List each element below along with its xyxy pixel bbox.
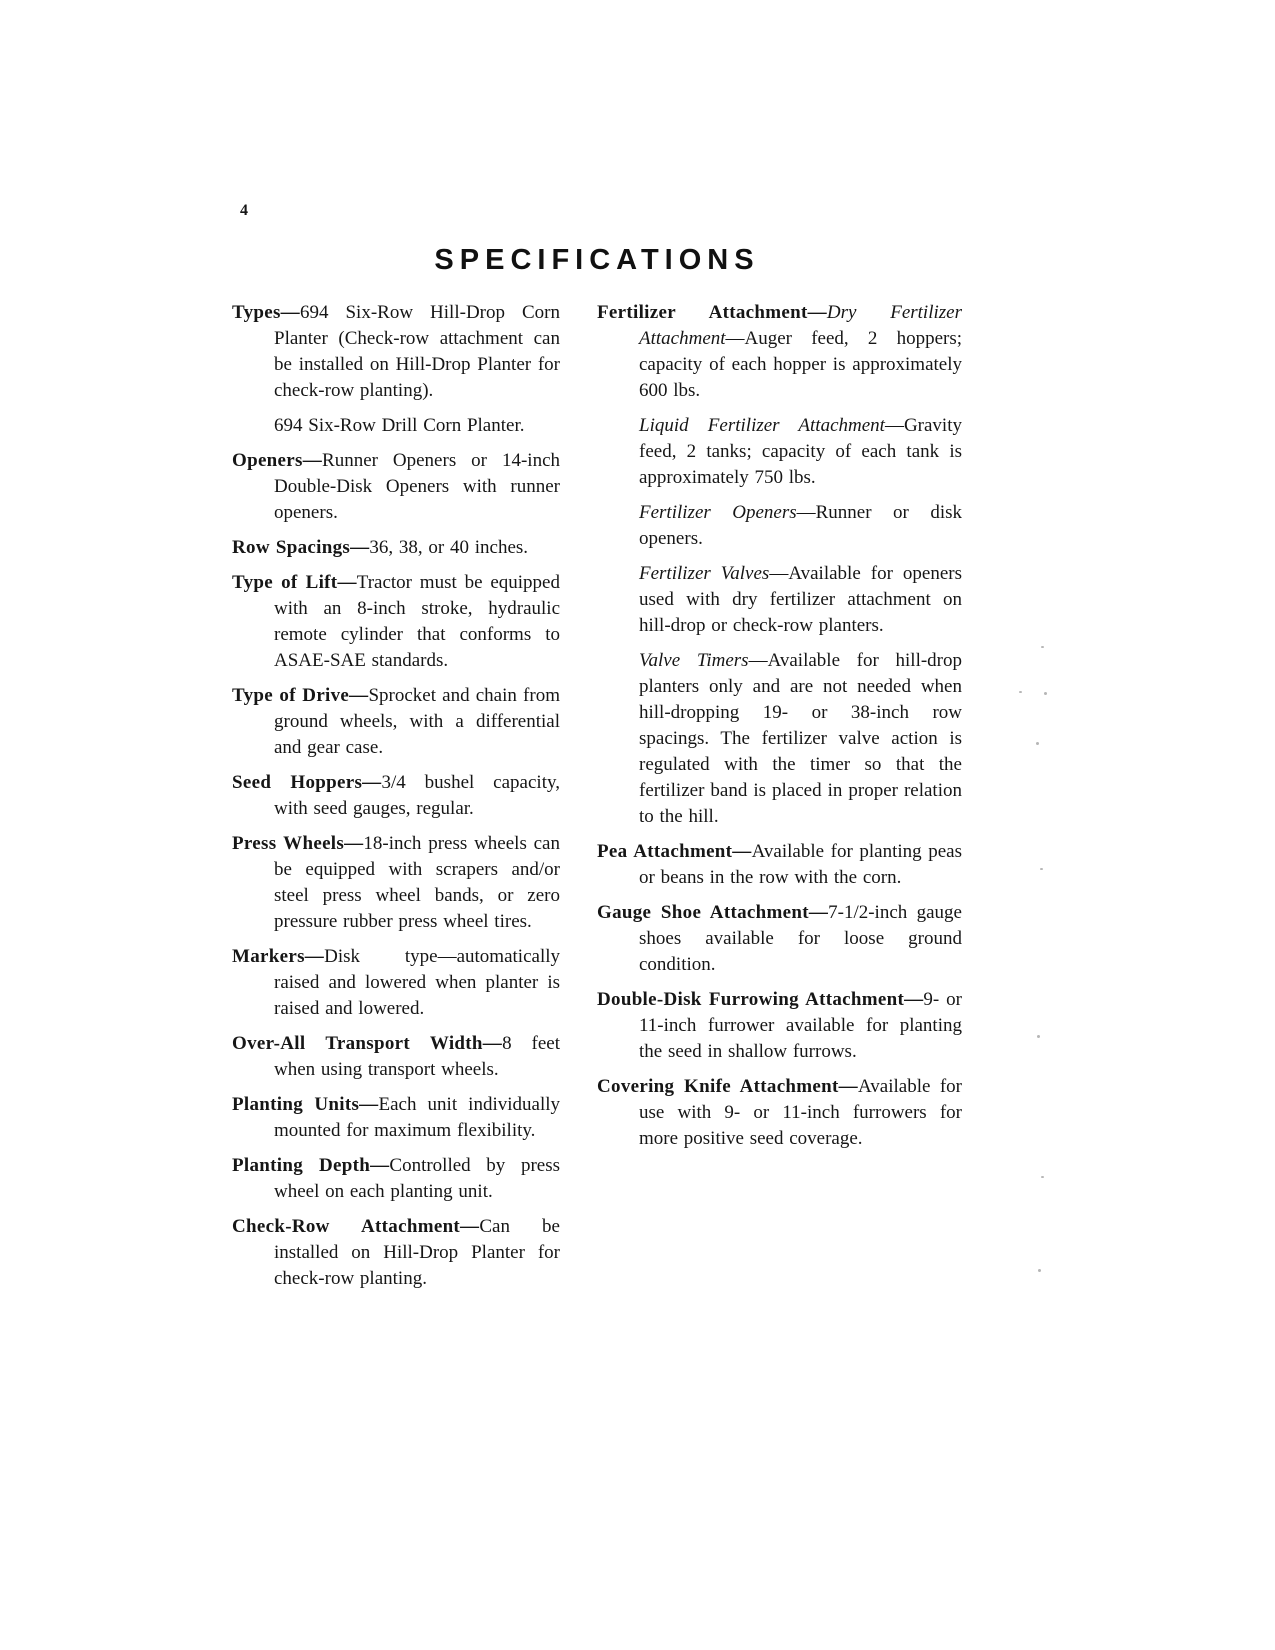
entry-term: Type of Drive— — [232, 685, 368, 706]
entry-term: Press Wheels— — [232, 833, 363, 854]
spec-entry-gauge-shoe: Gauge Shoe Attachment—7-1/2-inch gauge s… — [597, 900, 962, 978]
scan-speck — [1036, 742, 1039, 745]
spec-columns: Types—694 Six-Row Hill-Drop Corn Planter… — [232, 300, 962, 1292]
spec-entry-planting-units: Planting Units—Each unit individually mo… — [232, 1092, 560, 1144]
scan-speck — [1040, 868, 1043, 870]
entry-term: Double-Disk Furrowing Attachment— — [597, 989, 923, 1010]
entry-term: Markers— — [232, 946, 324, 967]
spec-entry-drill-planter: 694 Six-Row Drill Corn Planter. — [232, 413, 560, 439]
scan-speck — [1041, 1176, 1044, 1178]
manual-page: 4 SPECIFICATIONS Types—694 Six-Row Hill-… — [0, 0, 1275, 1650]
entry-term: Row Spacings— — [232, 537, 369, 558]
spec-entry-markers: Markers—Disk type—automatically raised a… — [232, 944, 560, 1022]
entry-subterm: Valve Timers — [639, 650, 749, 671]
page-title: SPECIFICATIONS — [232, 244, 962, 277]
spec-entry-pea-attachment: Pea Attachment—Available for planting pe… — [597, 839, 962, 891]
spec-entry-fertilizer-attachment: Fertilizer Attachment—Dry Fertilizer Att… — [597, 300, 962, 404]
spec-entry-types: Types—694 Six-Row Hill-Drop Corn Planter… — [232, 300, 560, 404]
entry-term: Type of Lift— — [232, 572, 357, 593]
entry-term: Planting Units— — [232, 1094, 379, 1115]
entry-text: 36, 38, or 40 inches. — [369, 537, 528, 558]
spec-entry-type-of-drive: Type of Drive—Sprocket and chain from gr… — [232, 683, 560, 761]
scan-speck — [1041, 646, 1044, 648]
scan-speck — [1019, 691, 1022, 693]
entry-term: Gauge Shoe Attachment— — [597, 902, 828, 923]
entry-term: Seed Hoppers— — [232, 772, 381, 793]
spec-entry-fertilizer-valves: Fertilizer Valves—Available for openers … — [597, 561, 962, 639]
entry-text: 694 Six-Row Hill-Drop Corn Planter (Chec… — [274, 302, 560, 401]
spec-entry-covering-knife: Covering Knife Attachment—Available for … — [597, 1074, 962, 1152]
entry-subterm: Fertilizer Openers — [639, 502, 797, 523]
entry-term: Pea Attachment— — [597, 841, 752, 862]
entry-term: Types— — [232, 302, 300, 323]
page-number: 4 — [240, 202, 248, 220]
scan-speck — [1037, 1035, 1040, 1038]
entry-term: Planting Depth— — [232, 1155, 389, 1176]
entry-subterm: Liquid Fertilizer Attachment — [639, 415, 885, 436]
spec-entry-planting-depth: Planting Depth—Controlled by press wheel… — [232, 1153, 560, 1205]
entry-text: 694 Six-Row Drill Corn Planter. — [274, 415, 524, 436]
spec-entry-valve-timers: Valve Timers—Available for hill-drop pla… — [597, 648, 962, 830]
spec-entry-openers: Openers—Runner Openers or 14-inch Double… — [232, 448, 560, 526]
entry-subterm: Fertilizer Valves — [639, 563, 769, 584]
entry-term: Check-Row Attachment— — [232, 1216, 479, 1237]
spec-entry-press-wheels: Press Wheels—18-inch press wheels can be… — [232, 831, 560, 935]
spec-entry-double-disk-furrowing: Double-Disk Furrowing Attachment—9- or 1… — [597, 987, 962, 1065]
left-column: Types—694 Six-Row Hill-Drop Corn Planter… — [232, 300, 560, 1292]
right-column: Fertilizer Attachment—Dry Fertilizer Att… — [597, 300, 962, 1292]
entry-term: Covering Knife Attachment— — [597, 1076, 858, 1097]
spec-entry-check-row: Check-Row Attachment—Can be installed on… — [232, 1214, 560, 1292]
scan-speck — [1038, 1269, 1041, 1272]
spec-entry-transport-width: Over-All Transport Width—8 feet when usi… — [232, 1031, 560, 1083]
scan-speck — [1044, 692, 1047, 695]
entry-term: Openers— — [232, 450, 322, 471]
spec-entry-type-of-lift: Type of Lift—Tractor must be equipped wi… — [232, 570, 560, 674]
entry-term: Over-All Transport Width— — [232, 1033, 502, 1054]
entry-term: Fertilizer Attachment— — [597, 302, 827, 323]
spec-entry-fertilizer-openers: Fertilizer Openers—Runner or disk opener… — [597, 500, 962, 552]
entry-text: —Available for hill-drop planters only a… — [639, 650, 962, 827]
spec-entry-seed-hoppers: Seed Hoppers—3/4 bushel capacity, with s… — [232, 770, 560, 822]
spec-entry-liquid-fertilizer: Liquid Fertilizer Attachment—Gravity fee… — [597, 413, 962, 491]
spec-entry-row-spacings: Row Spacings—36, 38, or 40 inches. — [232, 535, 560, 561]
